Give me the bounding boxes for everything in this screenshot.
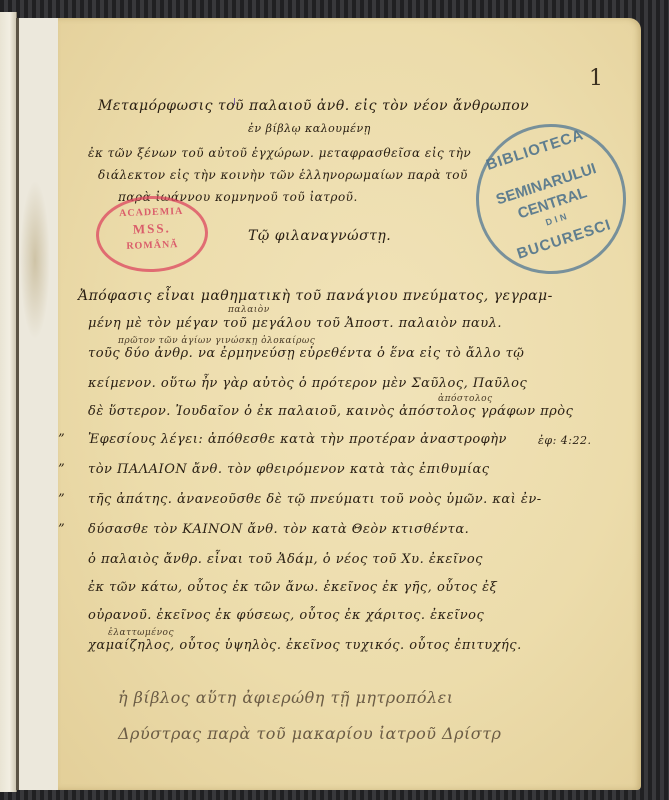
- body-line: μένη μὲ τὸν μέγαν τοῦ μεγάλου τοῦ Ἀποστ.…: [88, 316, 502, 331]
- quote-mark: ”: [58, 432, 65, 447]
- quote-mark: ”: [58, 462, 65, 477]
- interlinear-gloss: ἐλαττωμένος: [108, 628, 174, 638]
- body-line: τοῦς δύο ἀνθρ. να ἐρμηνεύσῃ εὑρεθέντα ὁ …: [88, 346, 524, 361]
- quote-mark: ”: [58, 522, 65, 537]
- body-line: τὸν ΠΑΛΑΙΟΝ ἄνθ. τὸν φθειρόμενον κατὰ τὰ…: [88, 462, 490, 477]
- ownership-note-line: ἡ βίβλος αὕτη ἀφιερώθη τῇ μητροπόλει: [118, 688, 454, 707]
- quote-mark: ”: [58, 492, 65, 507]
- heading-line: Μεταμόρφωσις τοῦ παλαιοῦ ἀνθ. εἰς τὸν νέ…: [98, 98, 529, 114]
- body-line: Ἀπόφασις εἶναι μαθηματικὴ τοῦ πανάγιου π…: [78, 288, 553, 304]
- intro-line: ἐκ τῶν ξένων τοῦ αὐτοῦ ἐγχώρων. μεταφρασ…: [88, 146, 471, 160]
- stamp-text: MSS.: [99, 219, 205, 239]
- dedication: Τῷ φιλαναγνώστῃ.: [248, 228, 391, 244]
- stamp-text: ROMÂNĂ: [99, 238, 205, 253]
- binding-guard-strip: [16, 18, 62, 790]
- interlinear-gloss: πρῶτον τῶν ἁγίων γινώσκῃ ὁλοκαίρως: [118, 336, 315, 346]
- heading-line: ἐν βίβλῳ καλουμένῃ: [248, 122, 371, 135]
- body-line: ὁ παλαιὸς ἄνθρ. εἶναι τοῦ Ἀδάμ, ὁ νέος τ…: [88, 552, 483, 567]
- facing-page-edge: [0, 12, 17, 792]
- body-line: χαμαίζηλος, οὗτος ὑψηλὸς. ἐκεῖνος τυχικό…: [88, 638, 522, 653]
- ownership-note-line: Δρύστρας παρὰ τοῦ μακαρίου ἰατροῦ Δρίστρ: [118, 724, 501, 743]
- interlinear-gloss: ἀπόστολος: [438, 394, 493, 404]
- body-line: τῆς ἀπάτης. ἀνανεοῦσθε δὲ τῷ πνεύματι το…: [88, 492, 542, 507]
- body-line: δύσασθε τὸν ΚΑΙΝΟΝ ἄνθ. τὸν κατὰ Θεὸν κτ…: [88, 522, 469, 537]
- body-line: ἐκ τῶν κάτω, οὗτος ἐκ τῶν ἄνω. ἐκεῖνος ἐ…: [88, 580, 497, 595]
- body-line: δὲ ὕστερον. Ἰουδαῖον ὁ ἐκ παλαιοῦ, καινὸ…: [88, 404, 573, 419]
- folio-number: 1: [589, 66, 603, 91]
- stamp-text: ACADEMIA: [98, 205, 204, 220]
- interlinear-gloss: παλαιὸν: [228, 305, 270, 315]
- intro-line: διάλεκτον εἰς τὴν κοινὴν τῶν ἑλληνορωμαί…: [98, 168, 468, 182]
- binding-stain: [20, 180, 50, 340]
- margin-reference: ἐφ: 4:22.: [538, 434, 592, 447]
- body-line: Ἐφεσίους λέγει: ἀπόθεσθε κατὰ τὴν προτέρ…: [88, 432, 507, 447]
- body-line: οὐρανοῦ. ἐκεῖνος ἐκ φύσεως, οὗτος ἐκ χάρ…: [88, 608, 484, 623]
- body-line: κείμενον. οὕτω ἦν γὰρ αὐτὸς ὁ πρότερον μ…: [88, 376, 527, 391]
